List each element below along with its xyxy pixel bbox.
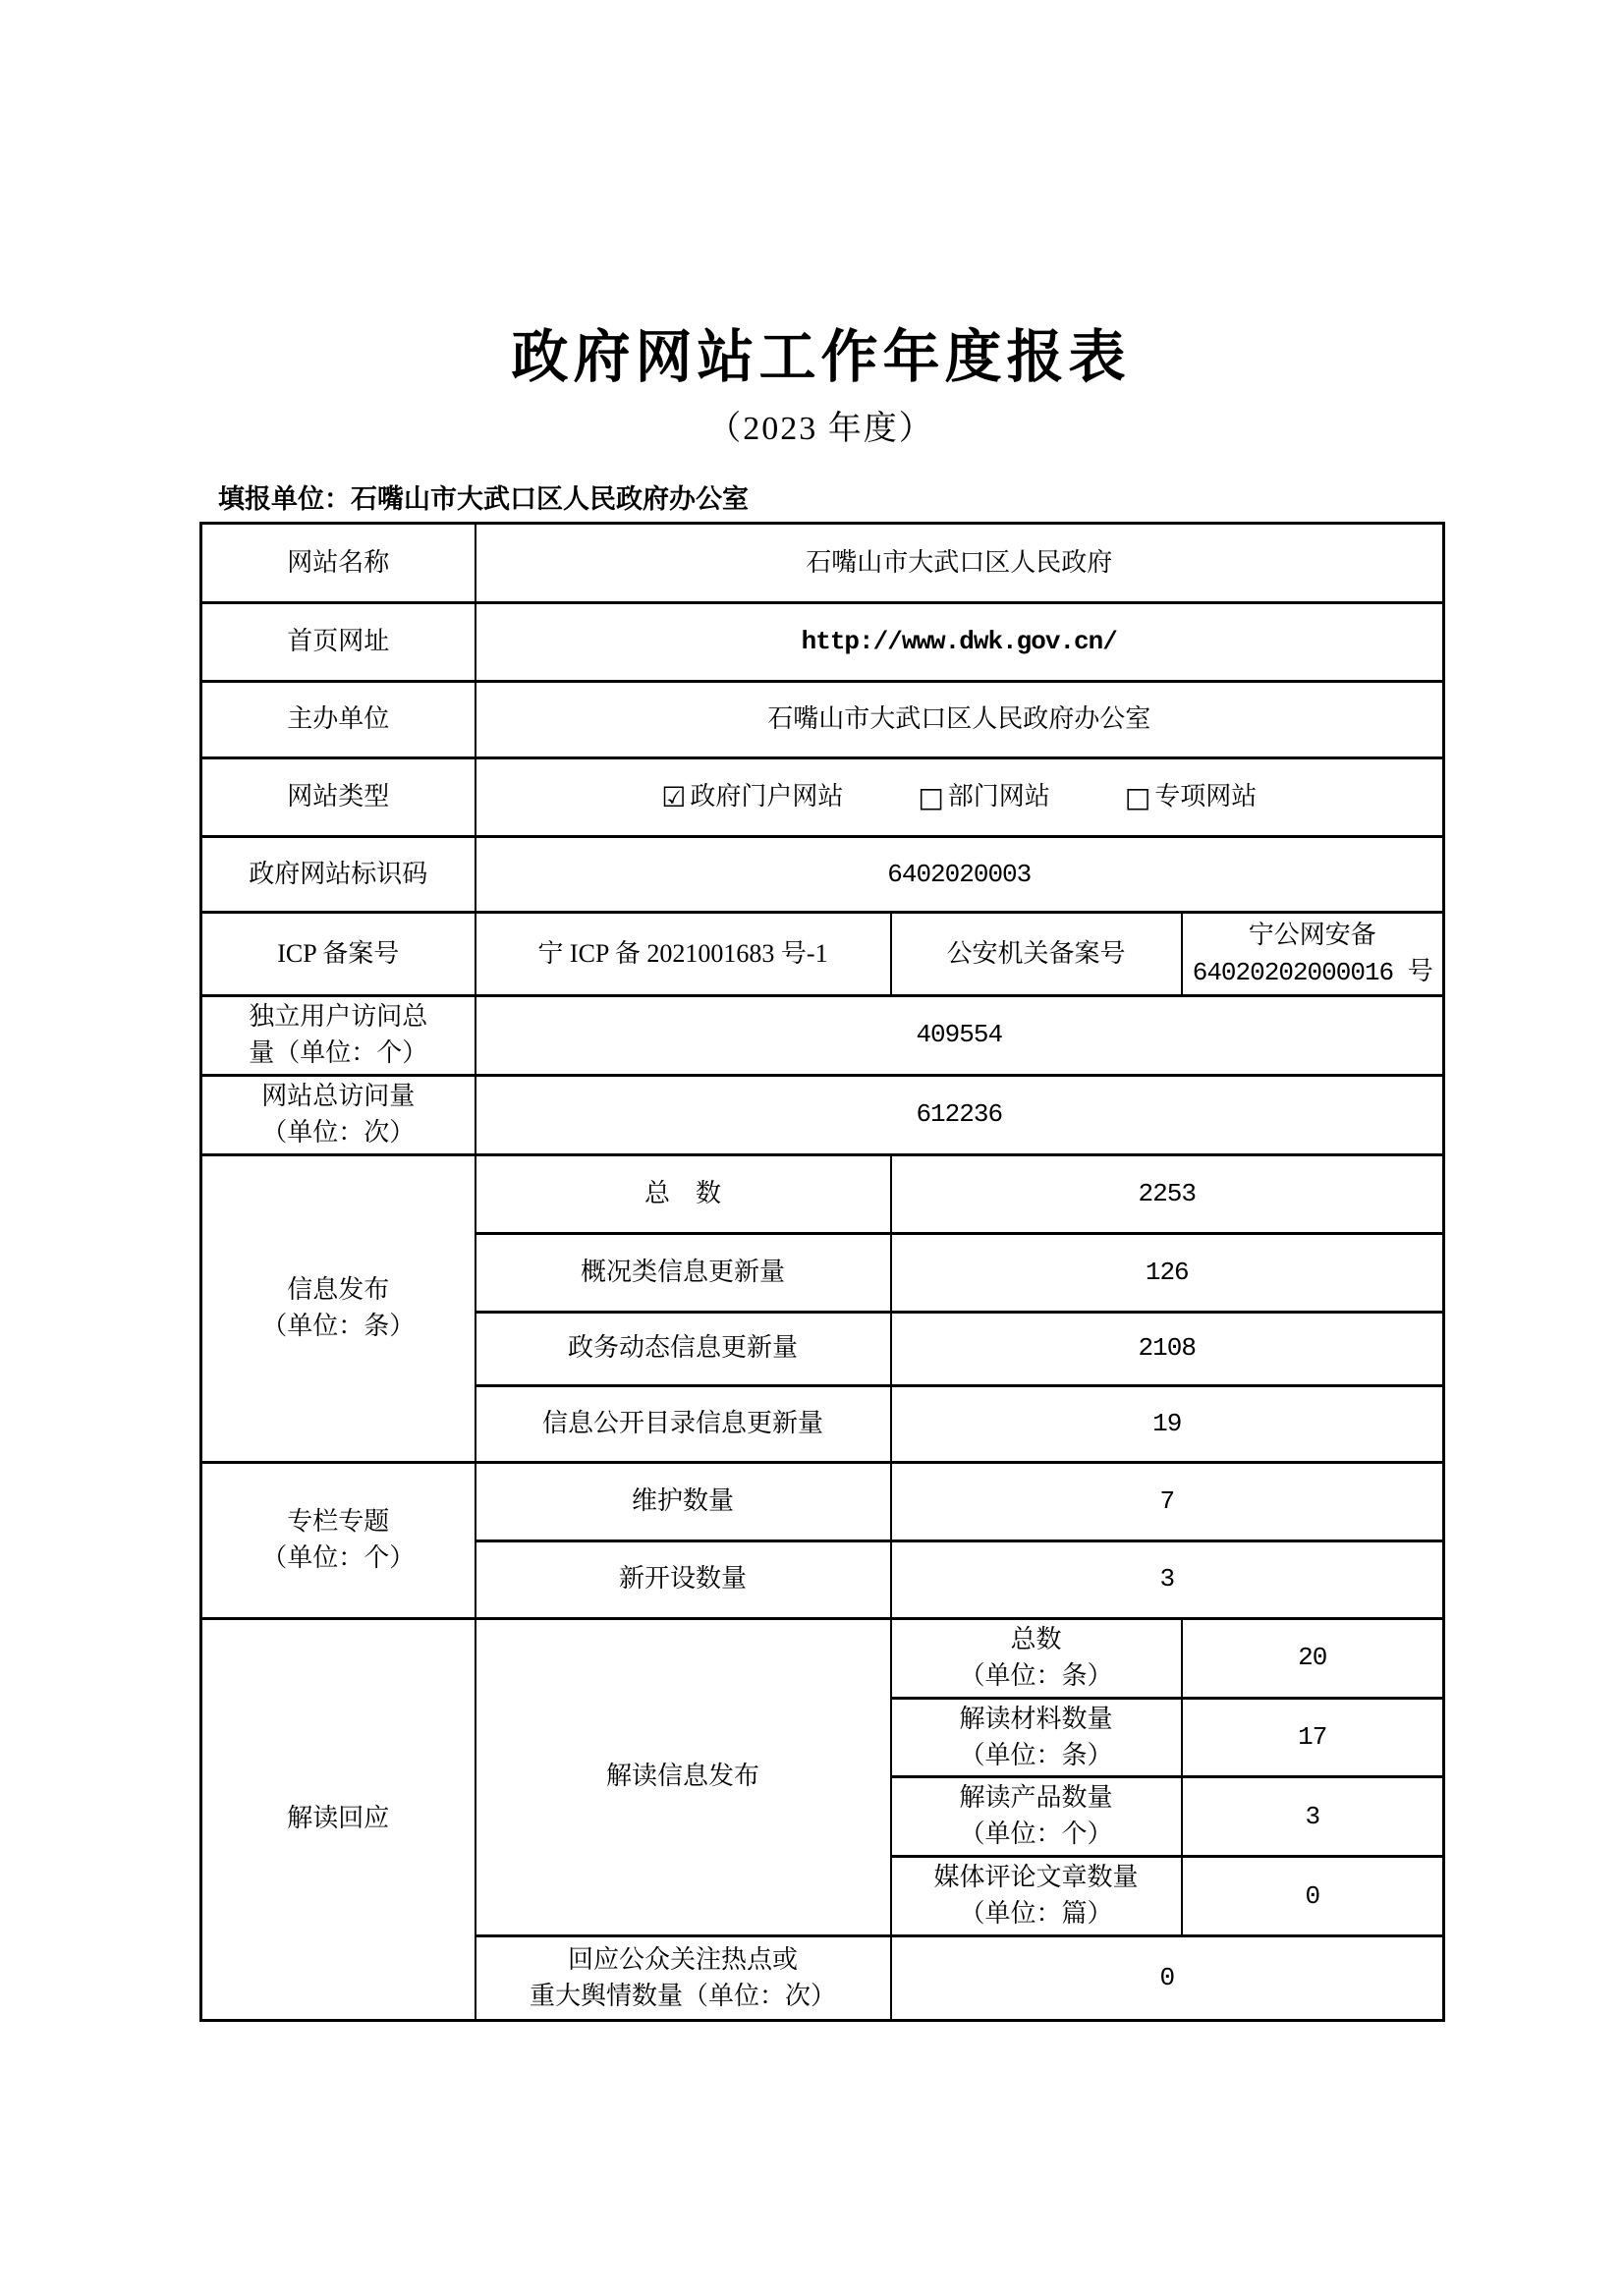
interpret-products-label: 解读产品数量 （单位：个）: [891, 1777, 1182, 1857]
special-new-label: 新开设数量: [476, 1540, 891, 1618]
security-filing-label: 公安机关备案号: [891, 913, 1182, 996]
annual-report-table: 网站名称 石嘴山市大武口区人民政府 首页网址 http://www.dwk.go…: [199, 522, 1445, 2022]
checkbox-unchecked-icon: □: [1125, 778, 1150, 817]
interpret-products-value: 3: [1182, 1777, 1444, 1857]
page-subtitle: （2023 年度）: [199, 401, 1442, 449]
icp-value: 宁 ICP 备 2021001683 号-1: [476, 913, 891, 996]
info-publish-dynamic-label: 政务动态信息更新量: [476, 1312, 891, 1385]
info-publish-total-label: 总 数: [476, 1154, 891, 1233]
interpret-hotspot-label: 回应公众关注热点或 重大舆情数量（单位：次）: [476, 1936, 891, 2021]
interpretation-section-label: 解读回应: [201, 1618, 476, 2020]
reporting-unit-line: 填报单位：石嘴山市大武口区人民政府办公室: [218, 477, 749, 516]
row-total-visits: 网站总访问量 （单位：次） 612236: [201, 1075, 1444, 1154]
info-publish-dynamic-value: 2108: [891, 1312, 1444, 1385]
site-type-option-label: 部门网站: [948, 779, 1050, 815]
site-type-option-department: □ 部门网站: [918, 778, 1049, 817]
site-type-option-special: □ 专项网站: [1125, 778, 1257, 817]
total-visits-label: 网站总访问量 （单位：次）: [201, 1075, 476, 1154]
reporting-unit-label: 填报单位：: [218, 484, 351, 514]
home-url-value: http://www.dwk.gov.cn/: [476, 603, 1444, 682]
site-id-code-value: 6402020003: [476, 837, 1444, 913]
row-site-type: 网站类型 ☑ 政府门户网站 □ 部门网站 □ 专项网站: [201, 758, 1444, 837]
report-page: 政府网站工作年度报表 （2023 年度） 填报单位：石嘴山市大武口区人民政府办公…: [0, 0, 1623, 2296]
interpretation-publish-label: 解读信息发布: [476, 1618, 891, 1935]
site-type-option-label: 专项网站: [1154, 779, 1257, 815]
row-site-id-code: 政府网站标识码 6402020003: [201, 837, 1444, 913]
organizer-value: 石嘴山市大武口区人民政府办公室: [476, 682, 1444, 758]
special-maintained-value: 7: [891, 1462, 1444, 1540]
unique-visitors-label: 独立用户访问总 量（单位：个）: [201, 996, 476, 1076]
security-filing-value: 宁公网安备 64020202000016 号: [1182, 913, 1444, 996]
site-type-label: 网站类型: [201, 758, 476, 837]
site-name-value: 石嘴山市大武口区人民政府: [476, 524, 1444, 603]
total-visits-value: 612236: [476, 1075, 1444, 1154]
info-publish-overview-value: 126: [891, 1233, 1444, 1312]
site-type-options: ☑ 政府门户网站 □ 部门网站 □ 专项网站: [476, 758, 1444, 837]
site-id-code-label: 政府网站标识码: [201, 837, 476, 913]
interpret-media-value: 0: [1182, 1857, 1444, 1936]
row-special-maintained: 专栏专题 （单位：个） 维护数量 7: [201, 1462, 1444, 1540]
interpret-materials-label: 解读材料数量 （单位：条）: [891, 1698, 1182, 1777]
site-type-option-label: 政府门户网站: [690, 779, 843, 815]
unique-visitors-value: 409554: [476, 996, 1444, 1076]
row-organizer: 主办单位 石嘴山市大武口区人民政府办公室: [201, 682, 1444, 758]
row-icp: ICP 备案号 宁 ICP 备 2021001683 号-1 公安机关备案号 宁…: [201, 913, 1444, 996]
site-name-label: 网站名称: [201, 524, 476, 603]
info-publish-total-value: 2253: [891, 1154, 1444, 1233]
info-publish-directory-label: 信息公开目录信息更新量: [476, 1385, 891, 1462]
info-publish-section-label: 信息发布 （单位：条）: [201, 1154, 476, 1462]
checkbox-unchecked-icon: □: [918, 778, 943, 817]
row-interpret-total: 解读回应 解读信息发布 总数 （单位：条） 20: [201, 1618, 1444, 1698]
site-type-option-gov-portal: ☑ 政府门户网站: [661, 778, 843, 817]
interpret-hotspot-value: 0: [891, 1936, 1444, 2021]
special-columns-section-label: 专栏专题 （单位：个）: [201, 1462, 476, 1618]
organizer-label: 主办单位: [201, 682, 476, 758]
interpret-total-label: 总数 （单位：条）: [891, 1618, 1182, 1698]
page-title: 政府网站工作年度报表: [199, 310, 1442, 393]
reporting-unit-value: 石嘴山市大武口区人民政府办公室: [351, 484, 749, 514]
interpret-total-value: 20: [1182, 1618, 1444, 1698]
special-maintained-label: 维护数量: [476, 1462, 891, 1540]
interpret-media-label: 媒体评论文章数量 （单位：篇）: [891, 1857, 1182, 1936]
row-info-publish-total: 信息发布 （单位：条） 总 数 2253: [201, 1154, 1444, 1233]
icp-label: ICP 备案号: [201, 913, 476, 996]
info-publish-directory-value: 19: [891, 1385, 1444, 1462]
row-site-name: 网站名称 石嘴山市大武口区人民政府: [201, 524, 1444, 603]
interpret-materials-value: 17: [1182, 1698, 1444, 1777]
checkbox-checked-icon: ☑: [661, 778, 686, 817]
row-home-url: 首页网址 http://www.dwk.gov.cn/: [201, 603, 1444, 682]
home-url-label: 首页网址: [201, 603, 476, 682]
row-unique-visitors: 独立用户访问总 量（单位：个） 409554: [201, 996, 1444, 1076]
info-publish-overview-label: 概况类信息更新量: [476, 1233, 891, 1312]
special-new-value: 3: [891, 1540, 1444, 1618]
